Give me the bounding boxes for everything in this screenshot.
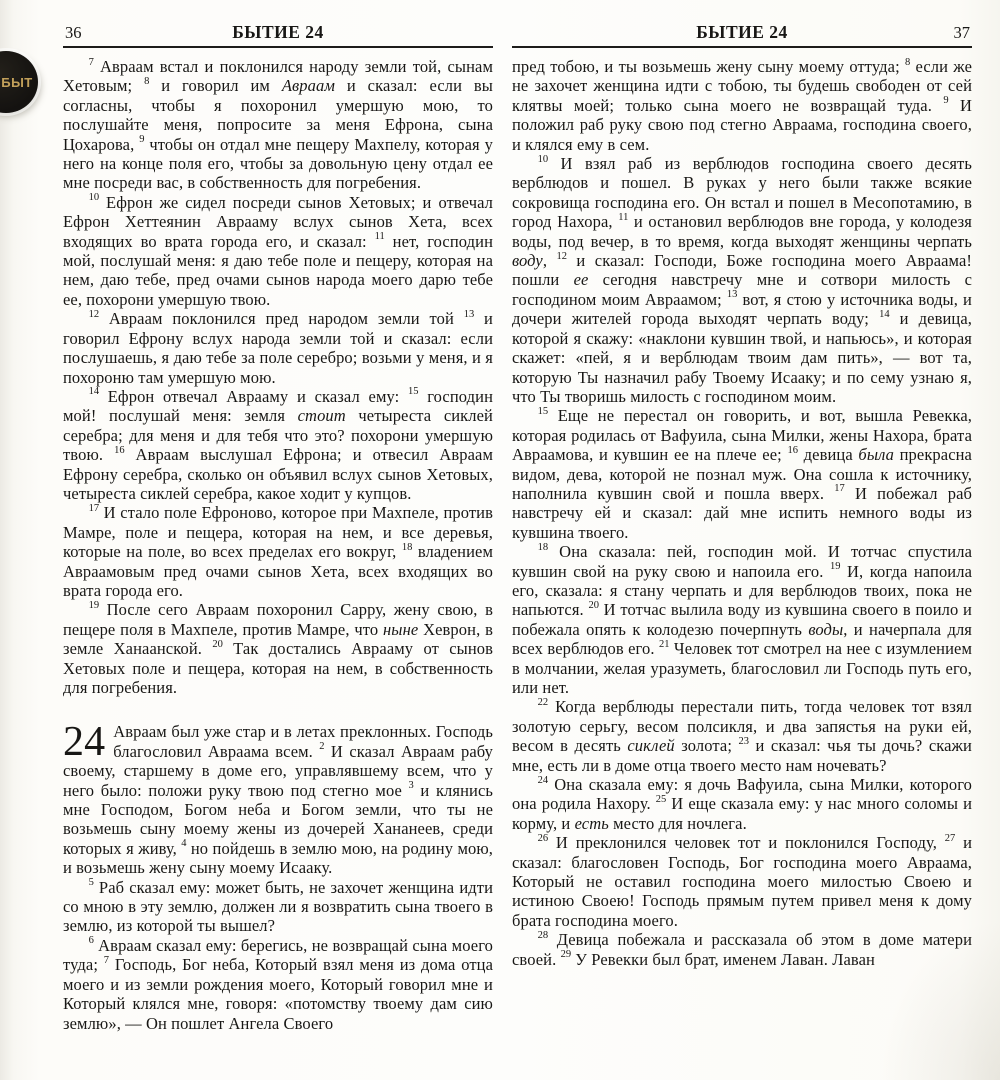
italic-word: сиклей: [627, 736, 674, 755]
page-body: пред тобою, и ты возьмешь жену сыну моем…: [512, 57, 972, 969]
chapter-opening-paragraph: 24Авраам был уже стар и в летах преклонн…: [63, 722, 493, 877]
verse-number: 17: [834, 483, 845, 494]
verse-number: 4: [181, 838, 186, 849]
verse-number: 10: [538, 154, 549, 165]
verse-number: 19: [830, 561, 841, 572]
italic-word: есть: [575, 814, 609, 833]
bible-paragraph: пред тобою, и ты возьмешь жену сыну моем…: [512, 57, 972, 154]
verse-number: 3: [409, 780, 414, 791]
italic-word: воды: [808, 620, 843, 639]
verse-number: 12: [89, 309, 100, 320]
page-number: 37: [954, 23, 971, 43]
bible-paragraph: 10 Ефрон же сидел посреди сынов Хетовых;…: [63, 193, 493, 309]
bible-paragraph: 5 Раб сказал ему: может быть, не захочет…: [63, 878, 493, 936]
bible-paragraph: 26 И преклонился человек тот и поклонилс…: [512, 833, 972, 930]
italic-word: ныне: [383, 620, 418, 639]
bible-paragraph: 7 Авраам встал и поклонился народу земли…: [63, 57, 493, 193]
book-scan-page: { "tab": { "label": "БЫТ" }, "pages": [ …: [0, 0, 1000, 1080]
verse-number: 13: [464, 309, 475, 320]
verse-number: 16: [114, 445, 125, 456]
running-head: БЫТИЕ 24: [63, 22, 493, 43]
verse-number: 12: [557, 251, 568, 262]
verse-number: 11: [375, 231, 385, 242]
verse-number: 20: [212, 639, 223, 650]
verse-number: 27: [945, 833, 956, 844]
bible-paragraph: 28 Девица побежала и рассказала об этом …: [512, 930, 972, 969]
bible-paragraph: 17 И стало поле Ефроново, которое при Ма…: [63, 503, 493, 600]
running-head: БЫТИЕ 24: [512, 22, 972, 43]
verse-number: 24: [538, 775, 549, 786]
verse-number: 9: [943, 95, 948, 106]
book-tab-genesis[interactable]: БЫТ: [0, 51, 38, 113]
verse-number: 14: [89, 386, 100, 397]
verse-number: 13: [727, 289, 738, 300]
verse-number: 9: [139, 134, 144, 145]
verse-number: 15: [408, 386, 419, 397]
verse-number: 18: [402, 542, 413, 553]
italic-word: воду: [512, 251, 543, 270]
page-header: 36 БЫТИЕ 24: [63, 22, 493, 48]
verse-number: 8: [905, 57, 910, 68]
verse-number: 8: [144, 76, 149, 87]
verse-number: 6: [89, 935, 94, 946]
page-header: БЫТИЕ 24 37: [512, 22, 972, 48]
book-tab-label: БЫТ: [1, 75, 33, 90]
verse-number: 18: [538, 542, 549, 553]
verse-number: 28: [538, 930, 549, 941]
verse-number: 23: [739, 736, 750, 747]
verse-number: 19: [89, 600, 100, 611]
bible-paragraph: 22 Когда верблюды перестали пить, тогда …: [512, 697, 972, 775]
verse-number: 29: [561, 949, 572, 960]
verse-number: 20: [588, 600, 599, 611]
verse-number: 15: [538, 406, 549, 417]
verse-number: 7: [89, 57, 94, 68]
verse-number: 16: [788, 445, 799, 456]
bible-paragraph: 18 Она сказала: пей, господин мой. И тот…: [512, 542, 972, 697]
italic-word: была: [858, 445, 894, 464]
verse-number: 25: [656, 794, 667, 805]
italic-word: Авраам: [282, 76, 335, 95]
page-right: БЫТИЕ 24 37 пред тобою, и ты возьмешь же…: [512, 22, 972, 969]
bible-paragraph: 12 Авраам поклонился пред народом земли …: [63, 309, 493, 387]
bible-paragraph: 24 Она сказала ему: я дочь Вафуила, сына…: [512, 775, 972, 833]
verse-number: 14: [879, 309, 890, 320]
bible-paragraph: 10 И взял раб из верблюдов господина сво…: [512, 154, 972, 406]
verse-number: 2: [319, 741, 324, 752]
verse-number: 26: [538, 833, 549, 844]
verse-number: 17: [89, 503, 100, 514]
italic-word: ее: [574, 270, 589, 289]
verse-number: 7: [104, 955, 109, 966]
bible-paragraph: 19 После сего Авраам похоронил Сарру, же…: [63, 600, 493, 697]
bible-paragraph: 6 Авраам сказал ему: берегись, не возвра…: [63, 936, 493, 1033]
bible-paragraph: 14 Ефрон отвечал Аврааму и сказал ему: 1…: [63, 387, 493, 503]
verse-number: 21: [659, 639, 670, 650]
chapter-number: 24: [63, 722, 113, 758]
bible-paragraph: 15 Еще не перестал он говорить, и вот, в…: [512, 406, 972, 542]
verse-number: 11: [618, 212, 628, 223]
italic-word: стоит: [298, 406, 346, 425]
verse-number: 5: [89, 877, 94, 888]
page-left: 36 БЫТИЕ 24 7 Авраам встал и поклонился …: [63, 22, 493, 1033]
verse-number: 10: [89, 192, 100, 203]
page-body: 7 Авраам встал и поклонился народу земли…: [63, 57, 493, 1033]
verse-number: 22: [538, 697, 549, 708]
